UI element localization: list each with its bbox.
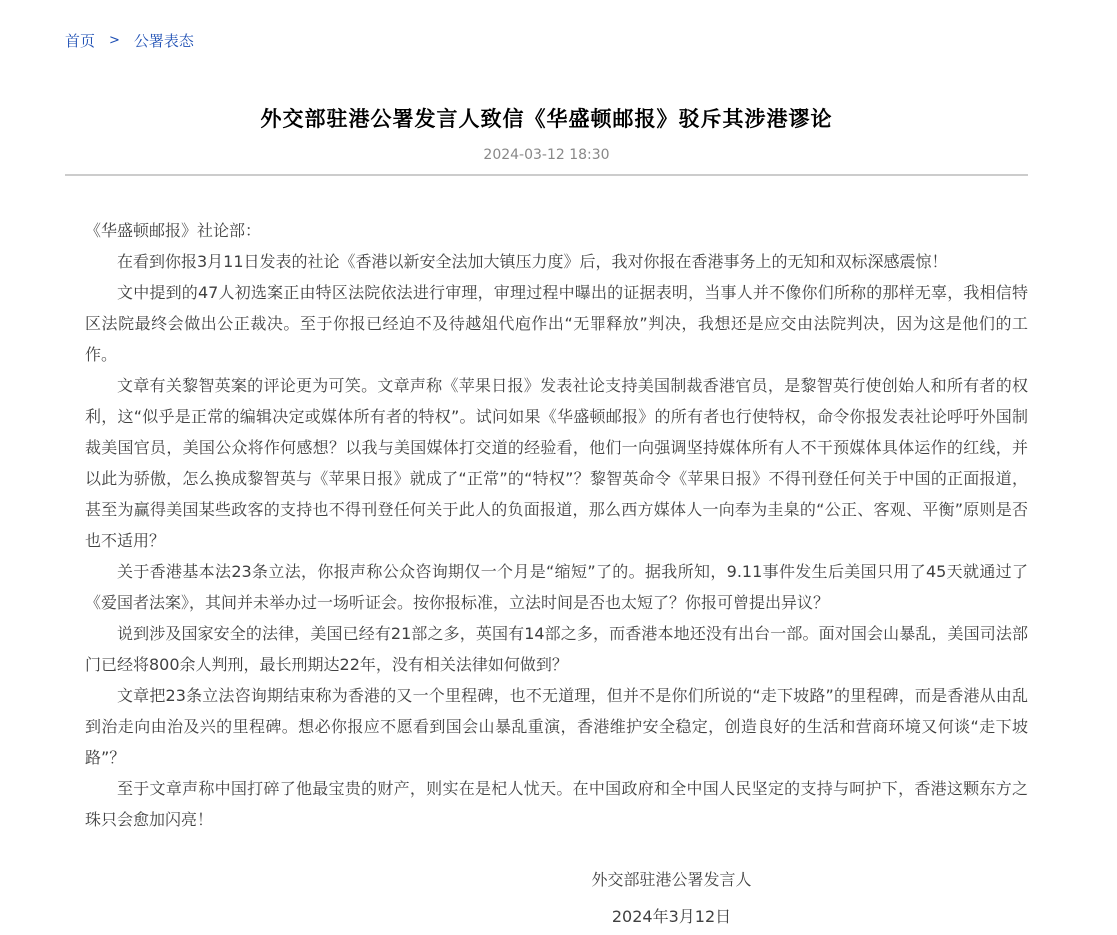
breadcrumb-separator-icon: > (109, 33, 120, 48)
signature-block: 外交部驻港公署发言人 2024年3月12日 (315, 861, 1028, 935)
paragraph-salutation: 《华盛顿邮报》社论部： (85, 215, 1028, 246)
page-container: 首页 > 公署表态 外交部驻港公署发言人致信《华盛顿邮报》驳斥其涉港谬论 202… (65, 0, 1028, 935)
paragraph: 在看到你报3月11日发表的社论《香港以新安全法加大镇压力度》后，我对你报在香港事… (85, 246, 1028, 277)
breadcrumb-link-home[interactable]: 首页 (65, 30, 95, 51)
paragraph: 关于香港基本法23条立法，你报声称公众咨询期仅一个月是“缩短”了的。据我所知，9… (85, 556, 1028, 618)
signature-date: 2024年3月12日 (315, 898, 1028, 935)
signature-name: 外交部驻港公署发言人 (315, 861, 1028, 898)
article-body: 《华盛顿邮报》社论部： 在看到你报3月11日发表的社论《香港以新安全法加大镇压力… (65, 215, 1028, 835)
page-title: 外交部驻港公署发言人致信《华盛顿邮报》驳斥其涉港谬论 (65, 103, 1028, 133)
paragraph: 文章有关黎智英案的评论更为可笑。文章声称《苹果日报》发表社论支持美国制裁香港官员… (85, 370, 1028, 556)
breadcrumb-link-section[interactable]: 公署表态 (134, 30, 194, 51)
header-divider (65, 174, 1028, 176)
paragraph: 文中提到的47人初选案正由特区法院依法进行审理，审理过程中曝出的证据表明，当事人… (85, 277, 1028, 370)
breadcrumb: 首页 > 公署表态 (65, 0, 1028, 51)
paragraph: 文章把23条立法咨询期结束称为香港的又一个里程碑，也不无道理，但并不是你们所说的… (85, 680, 1028, 773)
article-datetime: 2024-03-12 18:30 (65, 147, 1028, 163)
paragraph: 至于文章声称中国打碎了他最宝贵的财产，则实在是杞人忧天。在中国政府和全中国人民坚… (85, 773, 1028, 835)
paragraph: 说到涉及国家安全的法律，美国已经有21部之多，英国有14部之多，而香港本地还没有… (85, 618, 1028, 680)
